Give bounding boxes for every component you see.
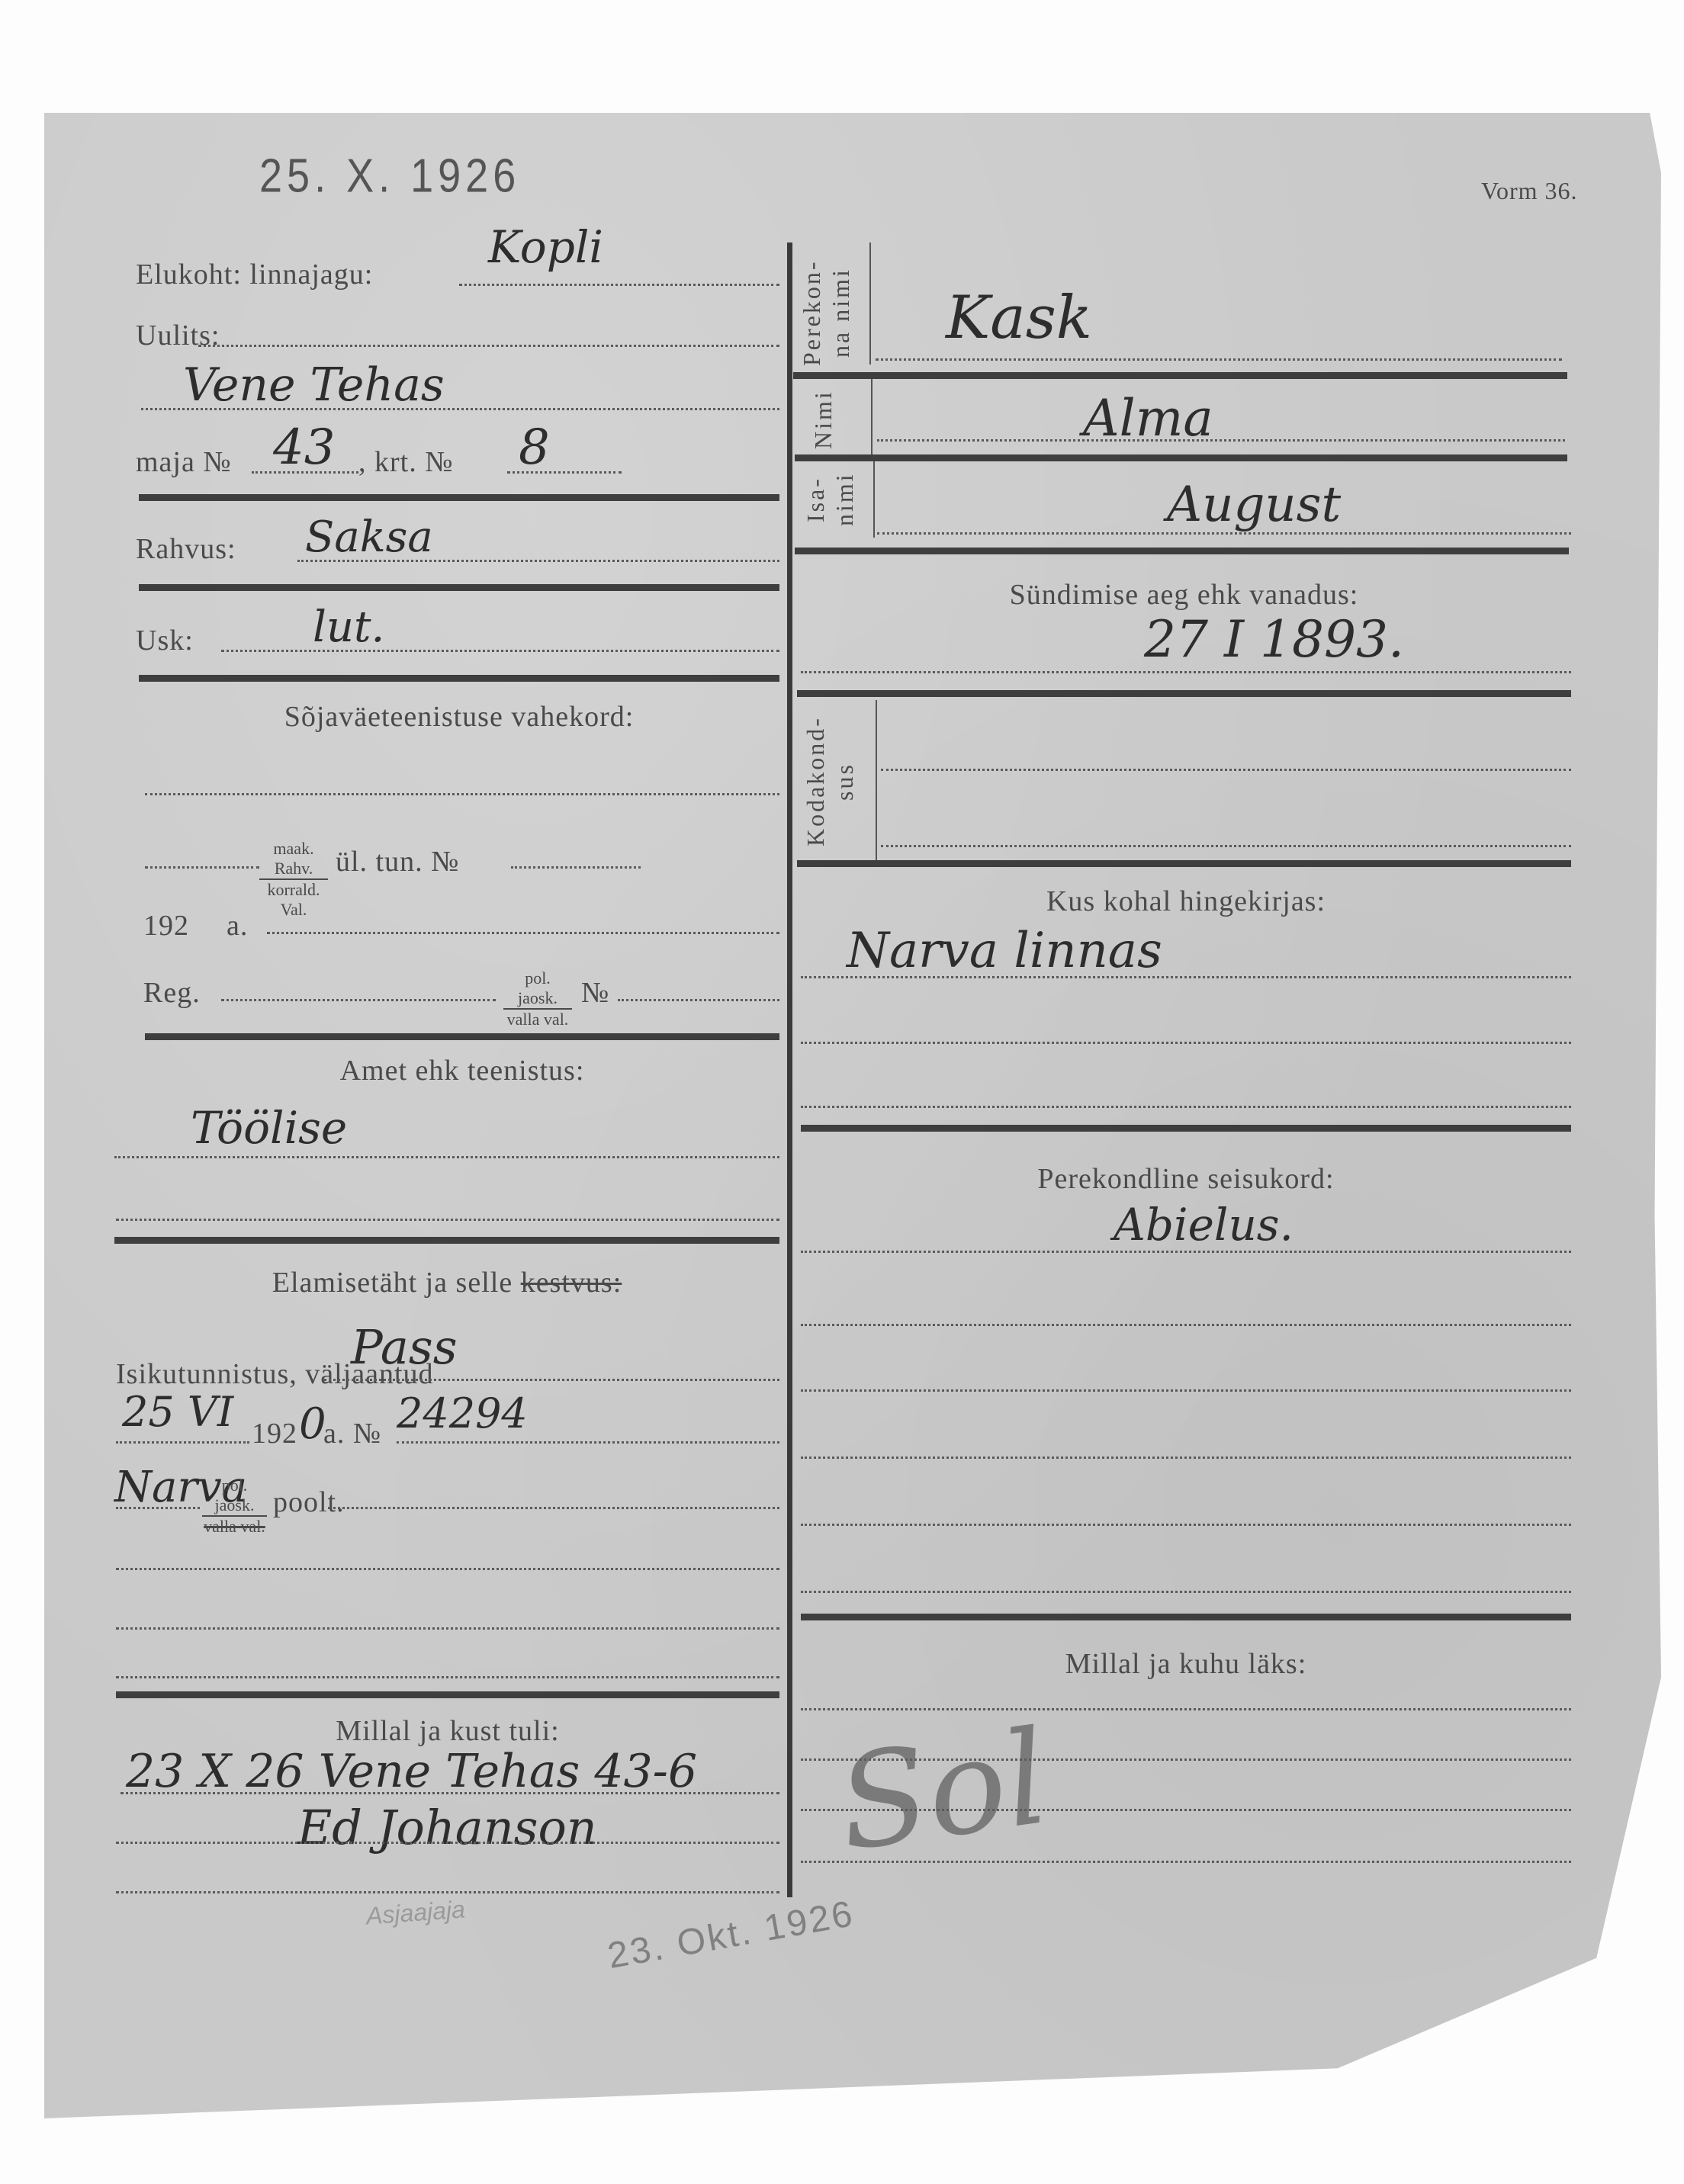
divider	[114, 1237, 779, 1244]
nationality-value: Saksa	[305, 512, 433, 562]
id-document-date-value: 25 VI	[122, 1388, 233, 1436]
registry-line-1	[801, 976, 1571, 978]
arrival-value-line-1: 23 X 26 Vene Tehas 43-6	[126, 1745, 697, 1798]
apartment-number-value: 8	[519, 419, 550, 476]
id-document-number-line	[397, 1441, 779, 1444]
father-name-value: August	[1167, 477, 1341, 533]
arrival-heading: Millal ja kust tuli:	[116, 1714, 779, 1748]
divider	[795, 548, 1569, 554]
registration-line	[221, 999, 496, 1001]
birth-line	[801, 671, 1571, 673]
first-name-label: Nimi	[808, 381, 847, 458]
street-line-2	[141, 408, 779, 410]
fraction-top: maak. Rahv.	[259, 839, 328, 880]
arrival-line-1	[121, 1792, 779, 1794]
residence-line	[459, 284, 779, 286]
residence-value: Kopli	[488, 221, 603, 273]
label-divider	[876, 700, 877, 862]
registration-office-fraction: pol. jaosk. valla val.	[503, 968, 572, 1029]
marital-status-line-5	[801, 1524, 1571, 1526]
military-line-2	[145, 866, 259, 869]
residence-permit-heading: Elamisetäht ja selle kestvus:	[114, 1266, 779, 1299]
fraction-bottom: valla val.	[503, 1010, 572, 1029]
fraction-bottom: korrald. Val.	[259, 880, 328, 920]
label-line-1: Kodakond-	[802, 717, 829, 847]
marital-status-value: Abielus.	[1114, 1199, 1294, 1251]
registration-number-label: №	[581, 976, 609, 1010]
registration-label: Reg.	[143, 976, 201, 1010]
occupation-line-1	[114, 1156, 779, 1158]
id-document-line-4	[116, 1568, 779, 1570]
registry-line-3	[801, 1106, 1571, 1108]
marital-status-line-6	[801, 1591, 1571, 1593]
divider	[793, 372, 1567, 379]
registry-value: Narva linnas	[847, 923, 1162, 979]
marital-status-heading: Perekondline seisukord:	[801, 1162, 1571, 1196]
divider	[801, 1125, 1571, 1132]
id-document-year-value: 0	[299, 1399, 326, 1449]
year-line	[267, 932, 779, 934]
fraction-top: pol. jaosk.	[503, 968, 572, 1010]
column-divider	[787, 242, 792, 1897]
marital-status-line-1	[801, 1251, 1571, 1253]
year-suffix: a.	[227, 909, 248, 943]
birth-value: 27 I 1893.	[1144, 610, 1404, 669]
divider	[139, 584, 779, 591]
label-divider	[871, 379, 873, 455]
unit-number-label: ül. tun. №	[336, 845, 459, 878]
registry-heading: Kus kohal hingekirjas:	[801, 885, 1571, 918]
street-line-1	[198, 345, 779, 347]
divider	[139, 675, 779, 682]
label-line-1: Isa-	[802, 477, 829, 522]
id-document-issued-value: Pass	[351, 1319, 458, 1375]
id-document-date-line	[116, 1441, 249, 1444]
marital-status-line-2	[801, 1324, 1571, 1326]
surname-line	[876, 358, 1562, 361]
date-stamp-top: 25. X. 1926	[259, 149, 520, 203]
divider	[797, 690, 1571, 697]
departure-line-2	[801, 1758, 1571, 1761]
residence-label: Elukoht: linnajagu:	[136, 258, 373, 291]
surname-label: Perekon- na nimi	[797, 252, 855, 374]
id-document-year-prefix: 192	[252, 1417, 297, 1450]
arrival-value-line-2: Ed Johanson	[297, 1800, 597, 1855]
father-name-label: Isa- nimi	[801, 461, 859, 538]
father-name-line	[877, 532, 1571, 535]
occupation-heading: Amet ehk teenistus:	[145, 1054, 779, 1087]
street-label: Uulits:	[136, 319, 220, 352]
military-line-1	[145, 793, 779, 795]
id-document-line-6	[116, 1676, 779, 1678]
birth-heading: Sündimise aeg ehk vanadus:	[801, 578, 1567, 612]
label-divider	[869, 242, 871, 365]
year-label: 192	[143, 909, 189, 943]
house-number-value: 43	[273, 419, 335, 476]
religion-label: Usk:	[136, 624, 194, 657]
label-line-2: na nimi	[827, 268, 854, 358]
registration-number-line	[618, 999, 779, 1001]
id-document-poolt-line	[328, 1507, 779, 1509]
first-name-line	[877, 439, 1565, 442]
label-line-2: sus	[831, 763, 858, 801]
house-number-label: maja №	[136, 445, 232, 479]
divider	[145, 1033, 779, 1040]
id-document-poolt-label: poolt.	[273, 1485, 345, 1519]
fraction-bottom: valla val.	[202, 1517, 267, 1537]
military-office-fraction: maak. Rahv. korrald. Val.	[259, 839, 328, 920]
military-heading: Sõjaväeteenistuse vahekord:	[139, 700, 779, 734]
occupation-line-2	[116, 1219, 779, 1221]
divider	[801, 1614, 1571, 1620]
divider	[116, 1691, 779, 1698]
citizenship-label: Kodakond- sus	[801, 702, 859, 862]
struck-text: kestvus:	[521, 1267, 622, 1299]
departure-line-1	[801, 1708, 1571, 1710]
arrival-line-3	[116, 1891, 779, 1893]
form-number: Vorm 36.	[1481, 177, 1578, 205]
label-line-2: nimi	[831, 473, 858, 527]
citizenship-line-1	[881, 769, 1571, 771]
arrival-line-2	[116, 1842, 779, 1844]
id-document-issued-line	[324, 1379, 779, 1381]
departure-heading: Millal ja kuhu läks:	[801, 1647, 1571, 1681]
fraction-top: pol. jaosk.	[202, 1476, 267, 1517]
departure-line-4	[801, 1861, 1571, 1863]
apartment-number-label: , krt. №	[358, 445, 453, 479]
departure-line-3	[801, 1809, 1571, 1811]
id-document-line-5	[116, 1627, 779, 1630]
citizenship-line-2	[881, 845, 1571, 847]
id-document-office-fraction: pol. jaosk. valla val.	[202, 1476, 267, 1537]
marital-status-line-3	[801, 1389, 1571, 1392]
nationality-label: Rahvus:	[136, 532, 236, 566]
id-document-number-value: 24294	[397, 1389, 528, 1437]
marital-status-line-4	[801, 1457, 1571, 1459]
id-document-issuer-line	[116, 1507, 200, 1509]
registry-line-2	[801, 1042, 1571, 1044]
religion-line	[221, 650, 779, 652]
label-divider	[873, 461, 875, 538]
religion-value: lut.	[313, 602, 384, 652]
departure-value: Sol	[830, 1702, 1057, 1880]
id-document-number-label: a. №	[323, 1417, 381, 1450]
label-line-1: Perekon-	[798, 259, 825, 366]
divider	[795, 454, 1567, 461]
divider	[139, 494, 779, 501]
street-value: Vene Tehas	[183, 358, 445, 412]
heading-text: Elamisetäht ja selle	[272, 1267, 521, 1299]
divider	[797, 860, 1571, 867]
unit-number-line	[511, 866, 641, 869]
surname-value: Kask	[946, 284, 1092, 352]
occupation-value: Töölise	[191, 1102, 347, 1154]
